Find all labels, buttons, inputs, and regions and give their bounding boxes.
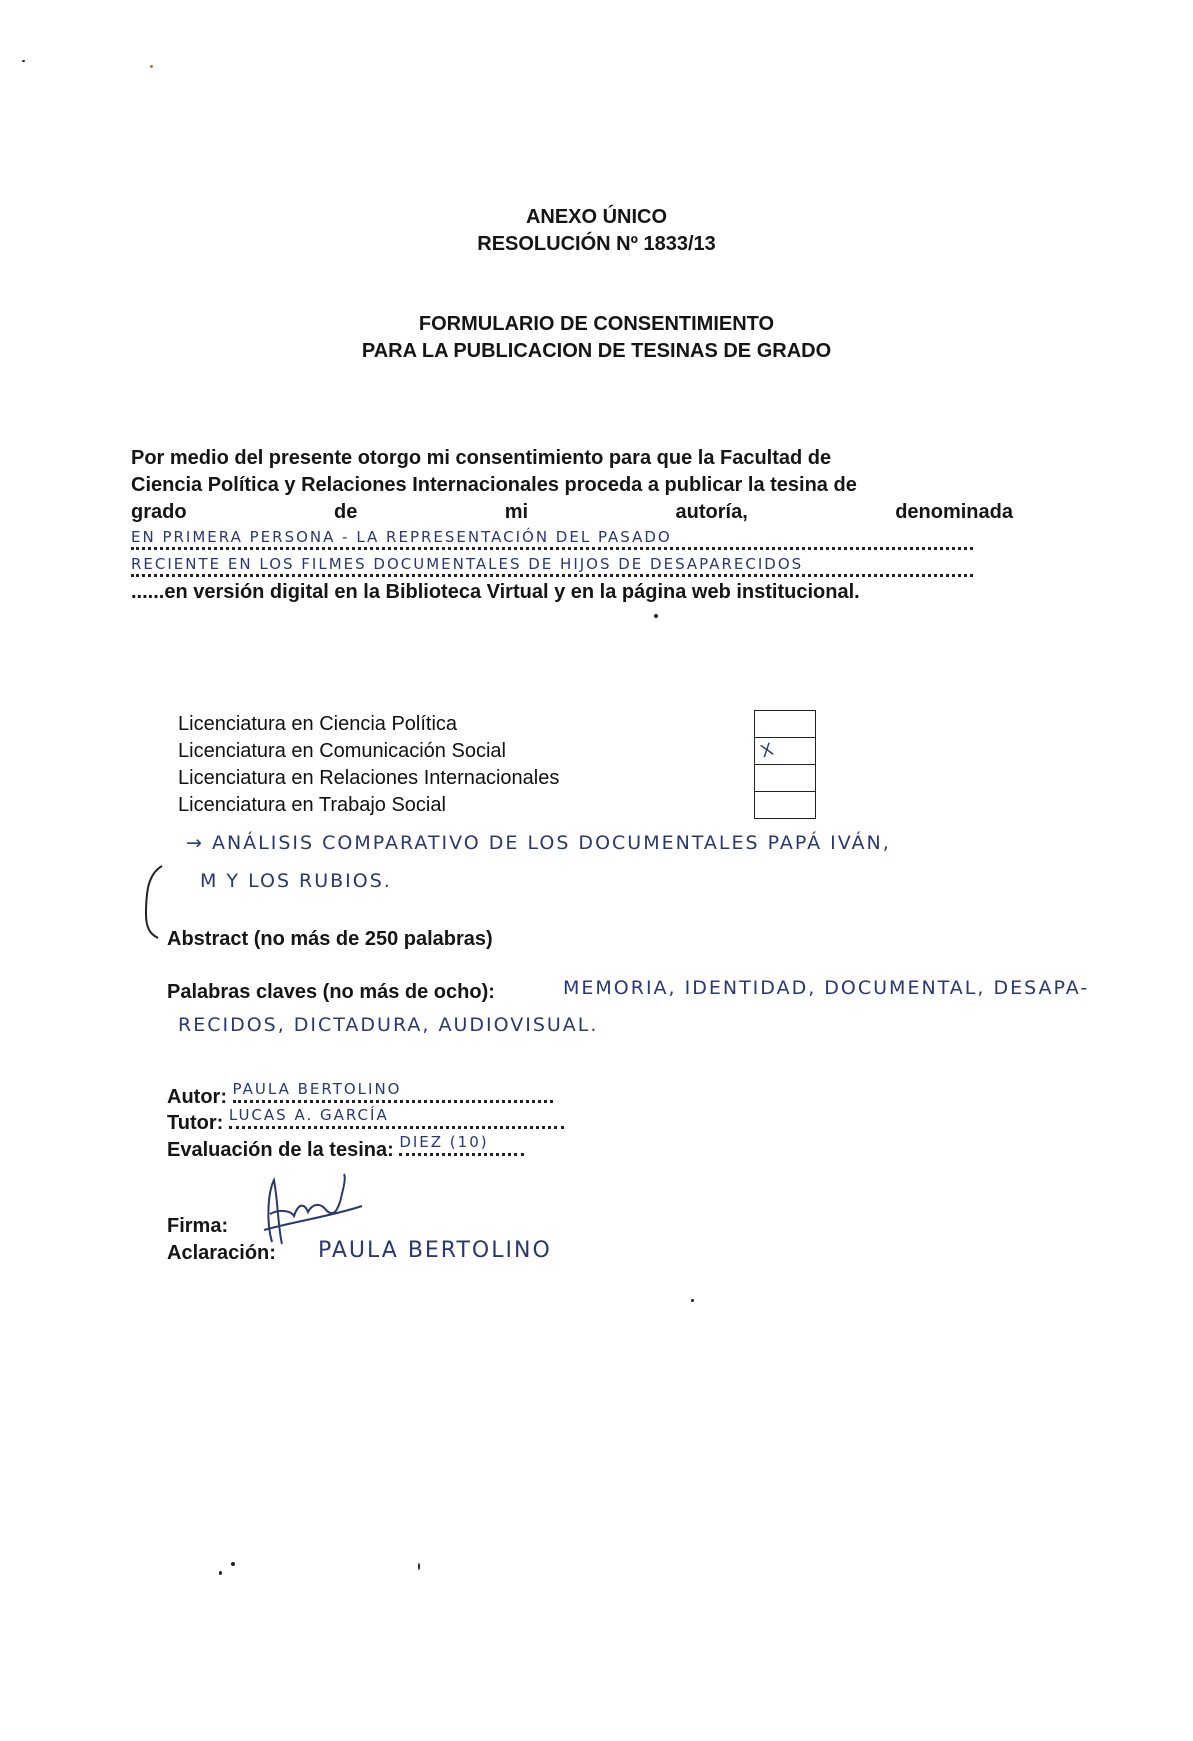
annex-title: ANEXO ÚNICO [0,206,1193,229]
firma-label: Firma: [167,1215,228,1238]
consent-line-2: Ciencia Política y Relaciones Internacio… [131,474,1013,497]
aclaracion-value: PAULA BERTOLINO [318,1238,552,1263]
abstract-handwritten-2: M Y LOS RUBIOS. [200,870,392,892]
tutor-label: Tutor: [167,1112,223,1134]
word-grado: grado [131,501,187,524]
thesis-title-field-2[interactable]: RECIENTE EN LOS FILMES DOCUMENTALES DE H… [131,553,973,577]
evaluacion-row: Evaluación de la tesina: DIEZ (10) [167,1137,524,1162]
scan-speck [654,614,658,618]
scan-speck [691,1299,694,1302]
thesis-title-handwritten-1: EN PRIMERA PERSONA - LA REPRESENTACIÓN D… [131,528,672,546]
consent-line-3: grado de mi autoría, denominada [131,501,1013,524]
degree-checkboxes: X [754,710,816,819]
evaluacion-label: Evaluación de la tesina: [167,1139,394,1161]
bracket-arrow-icon [140,862,170,942]
form-title-line-1: FORMULARIO DE CONSENTIMIENTO [0,313,1193,336]
consent-line-1: Por medio del presente otorgo mi consent… [131,447,1013,470]
word-mi: mi [505,501,528,524]
scan-speck [418,1563,420,1570]
degree-ciencia-politica: Licenciatura en Ciencia Política [178,713,457,736]
keywords-label: Palabras claves (no más de ocho): [167,981,495,1004]
word-de: de [334,501,357,524]
keywords-handwritten-1: MEMORIA, IDENTIDAD, DOCUMENTAL, DESAPA- [563,977,1089,999]
aclaracion-label: Aclaración: [167,1242,276,1265]
abstract-label: Abstract (no más de 250 palabras) [167,928,493,951]
dotted-line [131,574,973,577]
autor-field[interactable]: PAULA BERTOLINO [233,1084,553,1103]
form-title-line-2: PARA LA PUBLICACION DE TESINAS DE GRADO [0,340,1193,363]
evaluacion-field[interactable]: DIEZ (10) [399,1137,524,1156]
scan-speck [219,1571,222,1575]
autor-value: PAULA BERTOLINO [233,1080,402,1098]
thesis-title-handwritten-2: RECIENTE EN LOS FILMES DOCUMENTALES DE H… [131,555,803,573]
dotted-line [131,547,973,550]
tutor-row: Tutor: LUCAS A. GARCÍA [167,1110,564,1135]
scan-speck [231,1562,235,1566]
evaluacion-value: DIEZ (10) [399,1133,488,1151]
scan-speck [150,65,153,68]
degree-relaciones-internacionales: Licenciatura en Relaciones Internacional… [178,767,559,790]
tutor-field[interactable]: LUCAS A. GARCÍA [229,1110,564,1129]
checkbox-ciencia-politica[interactable] [754,710,816,737]
resolution-number: RESOLUCIÓN Nº 1833/13 [0,233,1193,256]
consent-line-final: ......en versión digital en la Bibliotec… [131,581,1013,604]
word-autoria: autoría, [676,501,748,524]
word-denominada: denominada [895,501,1013,524]
scan-speck [22,60,25,62]
autor-label: Autor: [167,1086,227,1108]
check-x-mark: X [758,739,776,763]
degree-comunicacion-social: Licenciatura en Comunicación Social [178,740,506,763]
checkbox-relaciones-internacionales[interactable] [754,764,816,791]
tutor-value: LUCAS A. GARCÍA [229,1106,389,1124]
checkbox-trabajo-social[interactable] [754,791,816,819]
degree-trabajo-social: Licenciatura en Trabajo Social [178,794,446,817]
abstract-handwritten-1: → ANÁLISIS COMPARATIVO DE LOS DOCUMENTAL… [186,832,891,854]
keywords-handwritten-2: RECIDOS, DICTADURA, AUDIOVISUAL. [178,1014,598,1036]
checkbox-comunicacion-social[interactable]: X [754,737,816,764]
thesis-title-field-1[interactable]: EN PRIMERA PERSONA - LA REPRESENTACIÓN D… [131,526,973,550]
